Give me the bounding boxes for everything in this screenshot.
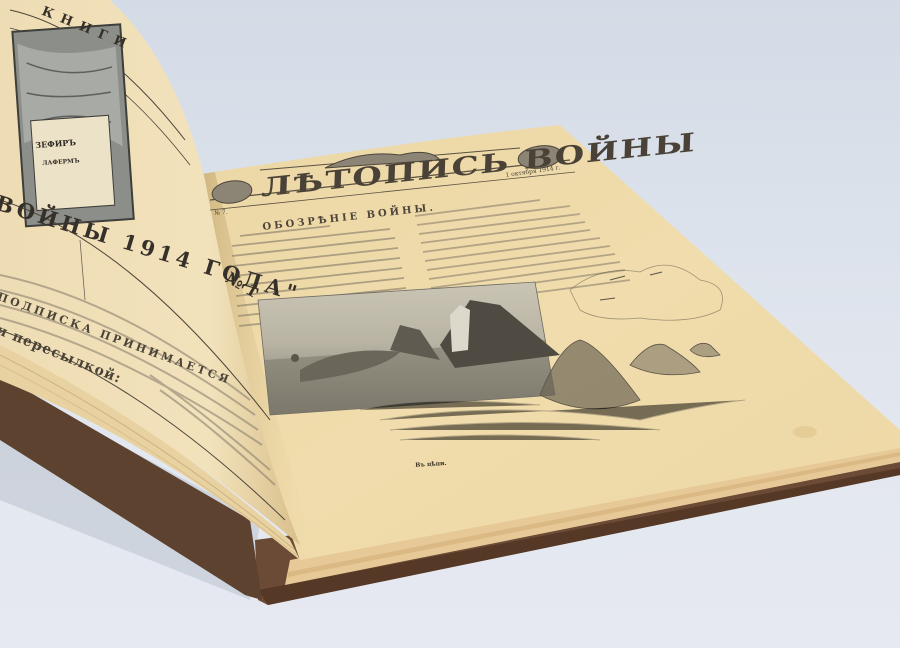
war-photograph — [258, 282, 560, 415]
left-ad-engraving — [12, 24, 133, 226]
photo-scene: ЛѢТОПИСЬ ВОЙНЫ № 7. 1 октября 1914 г. ОБ… — [0, 0, 900, 648]
book-illustration — [0, 0, 900, 648]
issue-number: № 7. — [214, 209, 228, 217]
